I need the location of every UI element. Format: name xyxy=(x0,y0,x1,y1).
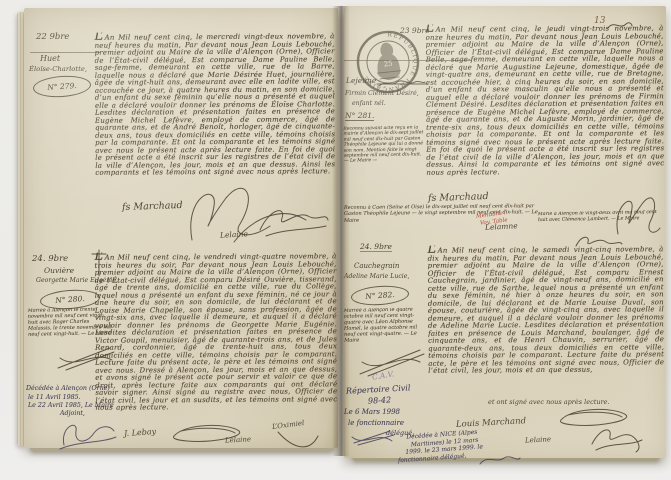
margin-given-names: Adeline Marie Lucie, xyxy=(344,273,409,280)
margin-given-names: Firmin Clément Désiré, xyxy=(345,90,419,97)
struck-out-word xyxy=(376,77,428,90)
book-gutter xyxy=(332,6,350,456)
stamp-value: 25 xyxy=(383,60,393,69)
margin-surname: Cauchegrain xyxy=(354,262,399,270)
margin-given-names: Éloïse-Charlotte, xyxy=(29,65,87,73)
death-annotation-line: le 11 Avril 1985. xyxy=(28,394,81,401)
act-number-282: N° 282. xyxy=(350,284,409,307)
fonctionnaire-signature xyxy=(478,452,522,468)
margin-date: 22 9bre xyxy=(36,32,69,42)
recognition-annotation: Reconnu suivant acte reçu en la mairie d… xyxy=(343,125,424,202)
cav-mark: C.A.V. xyxy=(371,369,394,381)
act-280-body: L’An Mil neuf cent cinq, le vendredi vin… xyxy=(94,251,337,426)
signature-oximiel xyxy=(586,422,646,454)
signature-lelaine: Lelaine xyxy=(220,229,248,239)
repertoire-civil-line: Répertoire Civil xyxy=(346,383,411,395)
repertoire-civil-line: 98-42 xyxy=(368,395,392,405)
margin-date: 24. 9bre xyxy=(32,254,68,264)
left-page: 22 9bre Huet Éloïse-Charlotte, N° 279. L… xyxy=(24,8,338,448)
signature-tail xyxy=(274,428,322,454)
signature-marchaud: fs Marchaud xyxy=(428,191,489,204)
signature-lelaine: Lelaine xyxy=(525,435,551,444)
margin-surname: Ouvière xyxy=(44,266,74,275)
registry-annotation-line: Le 6 Mars 1998 xyxy=(344,408,400,416)
signature-lelamne: Lelamne xyxy=(485,221,518,232)
signature-louis-marchand: Louis Marchand xyxy=(456,416,527,430)
act-279-body: L’An Mil neuf cent cinq, le mercredi vin… xyxy=(94,31,335,199)
margin-surname: Lejeune xyxy=(346,76,376,85)
act-281-body: L’An Mil neuf cent cinq, le jeudi vingt-… xyxy=(425,23,664,193)
act-number-279: N° 279. xyxy=(32,74,91,99)
signature-lefevre xyxy=(256,200,332,242)
register-scan: 22 9bre Huet Éloïse-Charlotte, N° 279. L… xyxy=(0,0,671,480)
signature-lebay: J. Lebay xyxy=(124,427,157,438)
signature-lelaine: Lelaine xyxy=(225,435,251,444)
signature-flourish xyxy=(608,188,664,240)
margin-rule xyxy=(30,52,100,53)
right-page: 13 RÉPUBLIQUE FRANÇAISE 25 23 9bre L’An … xyxy=(344,6,666,458)
margin-surname: Huet xyxy=(40,54,60,63)
child-note: enfant nél. xyxy=(352,100,386,107)
act-282-body: L’An Mil neuf cent cinq, le samedi vingt… xyxy=(428,244,665,403)
fonctionnaire-signature xyxy=(350,427,396,449)
margin-date: 24. 9bre xyxy=(360,242,392,252)
registry-annotation-line: le fonctionnaire xyxy=(348,419,404,427)
